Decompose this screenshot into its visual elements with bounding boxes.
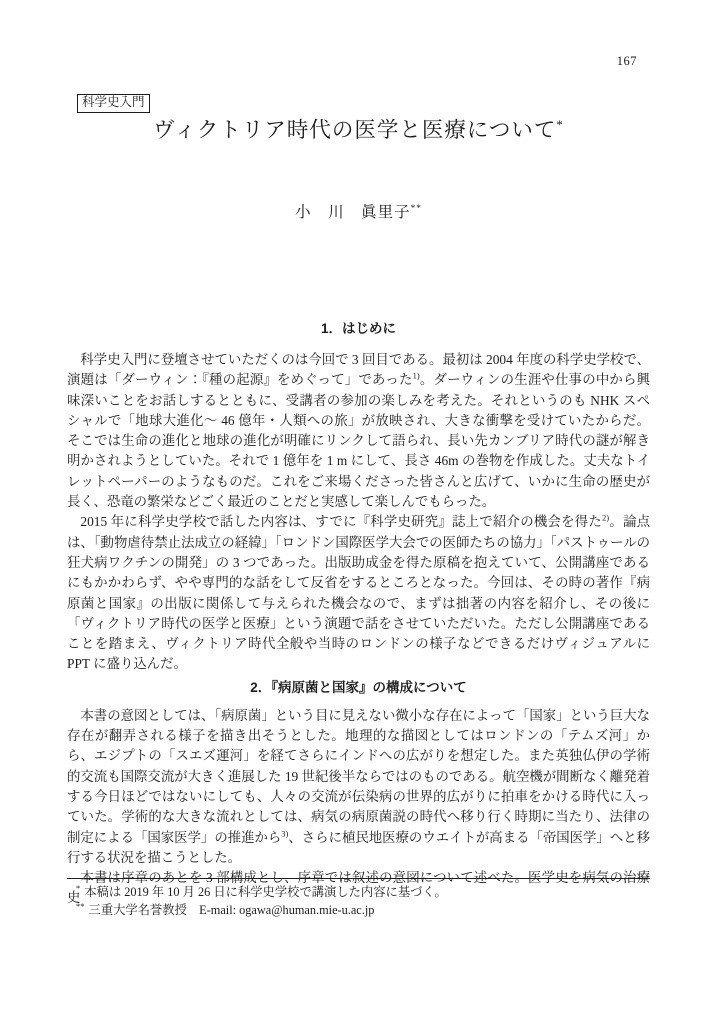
author-footnote-marker: **	[411, 204, 422, 214]
body-paragraph: 本書の意図としては、「病原菌」という目に見えない微小な存在によって「国家」という…	[67, 706, 650, 868]
section-heading: 1．はじめに	[67, 320, 650, 338]
series-kicker-box: 科学史入門	[77, 94, 150, 113]
paragraph-text: 。ダーウィンの生涯や仕事の中から興味深いことをお話しするとともに、受講者の参加の…	[67, 372, 650, 509]
footnote-block: *本稿は 2019 年 10 月 26 日に科学史学校で講演した内容に基づく。 …	[67, 878, 650, 919]
article-title: ヴィクトリア時代の医学と医療について*	[67, 113, 650, 144]
author-name: 小 川 眞里子**	[67, 200, 650, 222]
footnote: *本稿は 2019 年 10 月 26 日に科学史学校で講演した内容に基づく。	[67, 883, 650, 901]
footnote-marker: *	[76, 883, 80, 893]
article-title-text: ヴィクトリア時代の医学と医療について	[153, 118, 556, 142]
page-number: 167	[617, 54, 637, 69]
body-paragraph: 科学史入門に登壇させていただくのは今回で 3 回目である。最初は 2004 年度…	[67, 350, 650, 512]
note-reference-marker: 1)	[413, 371, 420, 381]
section: 1．はじめに科学史入門に登壇させていただくのは今回で 3 回目である。最初は 2…	[67, 320, 650, 675]
author-name-text: 小 川 眞里子	[295, 204, 411, 221]
footnote-marker: **	[76, 901, 85, 911]
footnote: **三重大学名誉教授 E-mail: ogawa@human.mie-u.ac.…	[67, 901, 650, 919]
paragraph-text: 。論点は、「動物虐待禁止法成立の経緯」「ロンドン国際医学大会での医師たちの協力」…	[67, 514, 650, 671]
article-body: 1．はじめに科学史入門に登壇させていただくのは今回で 3 回目である。最初は 2…	[67, 320, 650, 909]
body-paragraph: 2015 年に科学史学校で話した内容は、すでに『科学史研究』誌上で紹介の機会を得…	[67, 512, 650, 674]
paragraph-text: 2015 年に科学史学校で話した内容は、すでに『科学史研究』誌上で紹介の機会を得…	[80, 514, 602, 529]
document-page: 167 科学史入門 ヴィクトリア時代の医学と医療について* 小 川 眞里子** …	[0, 0, 717, 1012]
section-heading: 2．『病原菌と国家』の構成について	[67, 679, 650, 697]
paragraph-text: 本書の意図としては、「病原菌」という目に見えない微小な存在によって「国家」という…	[67, 708, 650, 845]
title-footnote-marker: *	[556, 118, 563, 132]
section: 2．『病原菌と国家』の構成について本書の意図としては、「病原菌」という目に見えな…	[67, 679, 650, 909]
series-kicker-label: 科学史入門	[82, 95, 145, 109]
footnote-text: 三重大学名誉教授 E-mail: ogawa@human.mie-u.ac.jp	[89, 903, 375, 917]
footnote-text: 本稿は 2019 年 10 月 26 日に科学史学校で講演した内容に基づく。	[84, 885, 447, 899]
